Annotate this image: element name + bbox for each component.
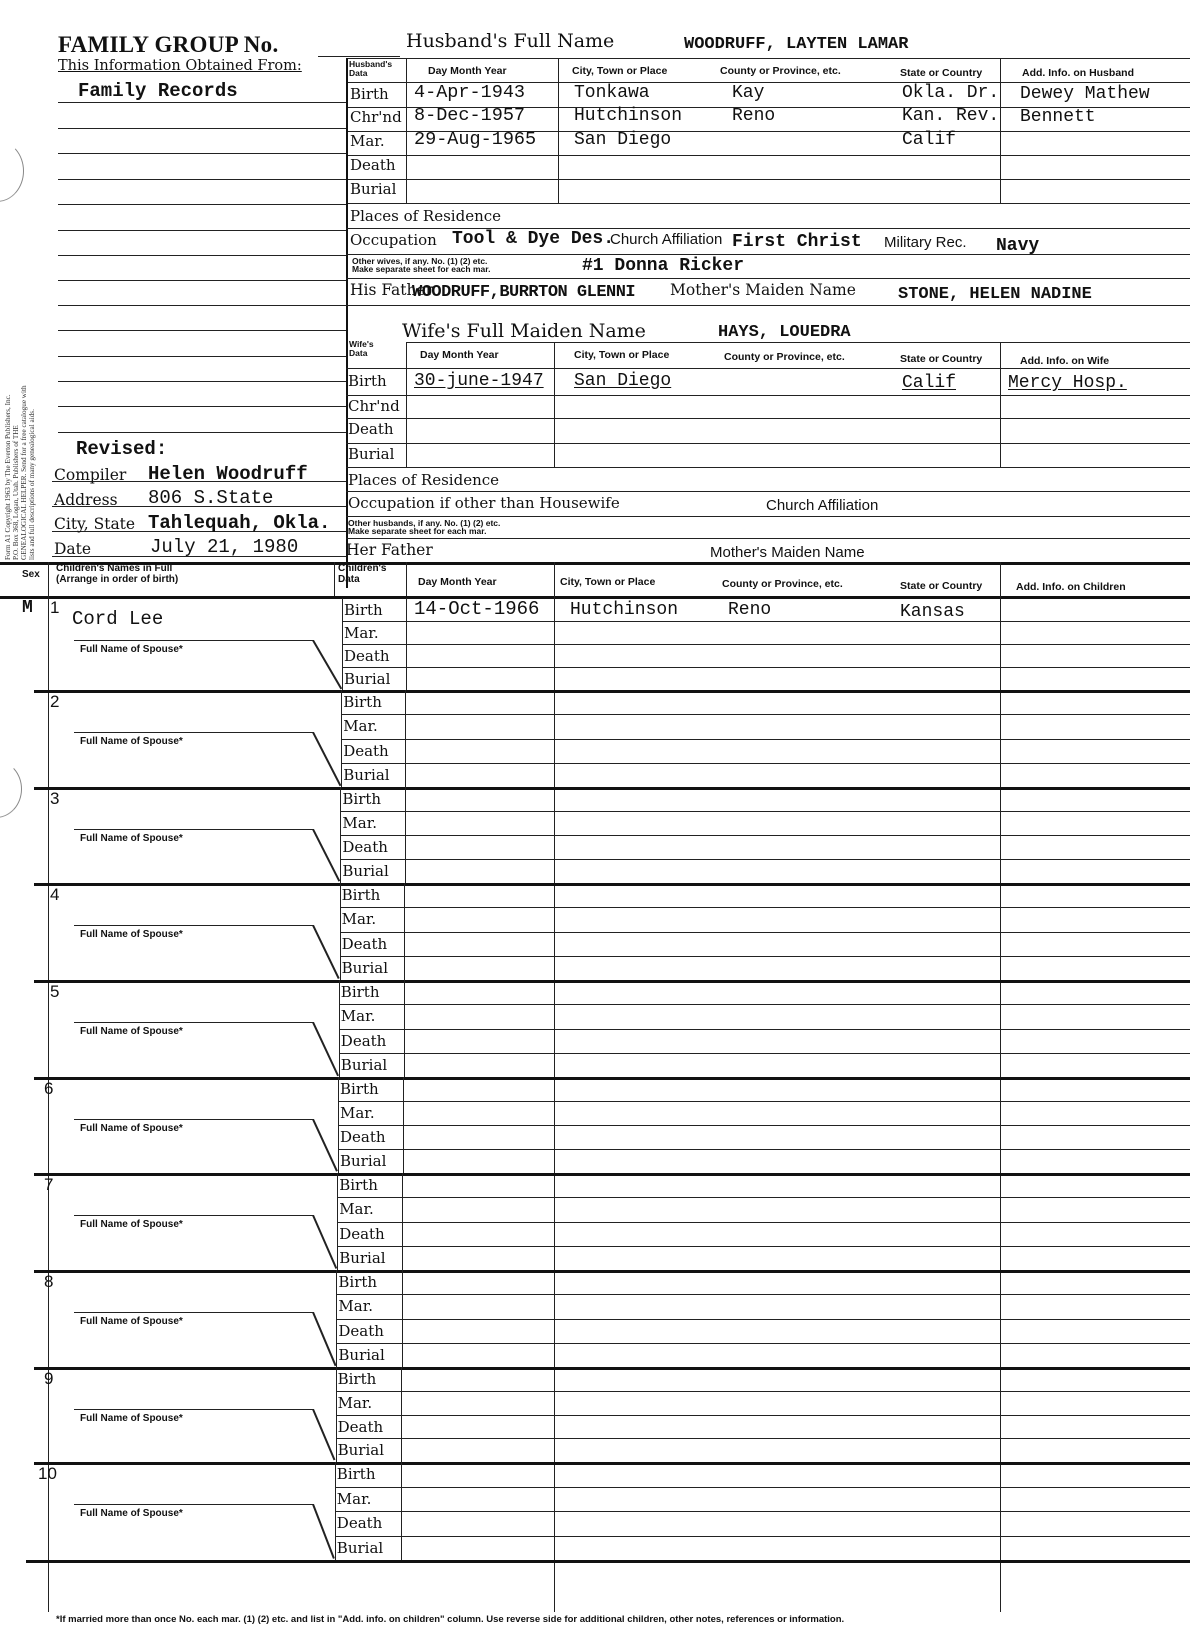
- his-mother-label: Mother's Maiden Name: [670, 281, 856, 299]
- wife-data-header: Wife's Data: [349, 340, 389, 357]
- family-group-number-field[interactable]: [318, 56, 400, 57]
- child-death-label: Death: [342, 838, 388, 856]
- rule-line: [341, 739, 1190, 740]
- wife-col-header-county: County or Province, etc.: [724, 351, 845, 363]
- rule-line: [339, 1004, 1190, 1005]
- husband-occupation-label: Occupation: [350, 231, 437, 249]
- children-data-header-2: Data: [338, 574, 360, 585]
- spouse-connector: [313, 925, 340, 979]
- wife-chrnd-label: Chr'nd: [348, 397, 400, 415]
- child-number: 1: [50, 598, 59, 618]
- rule-line: [346, 467, 1190, 468]
- punch-hole-bottom: [0, 760, 22, 818]
- rule-line: [74, 925, 314, 926]
- child-mar-label: Mar.: [337, 1490, 372, 1508]
- husband-event-city[interactable]: Hutchinson: [574, 106, 682, 126]
- spouse-name-label: Full Name of Spouse*: [80, 929, 183, 940]
- rule-line: [337, 1222, 1190, 1223]
- child-birth-label: Birth: [338, 1273, 377, 1291]
- other-wives-value[interactable]: #1 Donna Ricker: [582, 256, 744, 276]
- rule-line: [339, 1053, 1190, 1054]
- rule-line: [0, 596, 1190, 599]
- source-line-field[interactable]: [58, 204, 346, 205]
- child-name-value[interactable]: Cord Lee: [72, 608, 163, 630]
- child-burial-label: Burial: [341, 1056, 387, 1074]
- her-father-label: Her Father: [346, 541, 433, 559]
- children-col-header-state: State or Country: [900, 580, 982, 592]
- spouse-connector: [313, 1215, 338, 1269]
- spouse-name-label: Full Name of Spouse*: [80, 1026, 183, 1037]
- compiler-value[interactable]: Helen Woodruff: [148, 463, 308, 485]
- form-title: FAMILY GROUP No.: [58, 32, 279, 58]
- rule-line: [342, 667, 1190, 668]
- spouse-name-label: Full Name of Spouse*: [80, 833, 183, 844]
- punch-hole-top: [0, 140, 24, 202]
- children-col-header-date: Day Month Year: [418, 576, 497, 588]
- wife-residence-label: Places of Residence: [348, 471, 499, 489]
- rule-line: [26, 1560, 1190, 1563]
- rule-line: [340, 811, 1190, 812]
- wife-col-header-add-info: Add. Info. on Wife: [1020, 355, 1109, 367]
- his-father-value[interactable]: WOODRUFF,BURRTON GLENNI: [412, 283, 635, 302]
- her-mother-label: Mother's Maiden Name: [710, 544, 865, 561]
- spouse-connector: [313, 1409, 336, 1461]
- rule-line: [406, 342, 1190, 343]
- husband-event-date[interactable]: 29-Aug-1965: [414, 129, 536, 150]
- source-line-field[interactable]: [58, 381, 346, 382]
- spouse-name-label: Full Name of Spouse*: [80, 736, 183, 747]
- revised-label: Revised:: [76, 438, 167, 460]
- husband-church-value[interactable]: First Christ: [732, 232, 862, 252]
- husband-name-label: Husband's Full Name: [406, 30, 614, 52]
- child-birth-label: Birth: [340, 1080, 379, 1098]
- wife-church-label: Church Affiliation: [766, 497, 878, 514]
- husband-event-state[interactable]: Calif: [902, 130, 956, 150]
- rule-line: [346, 305, 1190, 306]
- child-death-label: Death: [340, 1128, 386, 1146]
- rule-line: [341, 763, 1190, 764]
- rule-line: [338, 1101, 1190, 1102]
- husband-residence-label: Places of Residence: [350, 207, 501, 225]
- wife-event-date[interactable]: 30-june-1947: [414, 371, 544, 391]
- child-event-date[interactable]: 14-Oct-1966: [414, 598, 539, 620]
- source-line-field[interactable]: [58, 230, 346, 231]
- source-line-field[interactable]: [58, 305, 346, 306]
- column-divider: [406, 562, 407, 596]
- husband-name-value[interactable]: WOODRUFF, LAYTEN LAMAR: [684, 35, 908, 54]
- child-death-label: Death: [341, 1032, 387, 1050]
- address-label: Address: [54, 491, 118, 509]
- column-divider: [558, 58, 559, 203]
- copyright-notice: Form A1 Copyright 1963 by The Everton Pu…: [4, 385, 36, 560]
- child-number: 5: [50, 982, 59, 1002]
- rule-line: [341, 714, 1190, 715]
- source-line-field[interactable]: [58, 356, 346, 357]
- rule-line: [346, 254, 1190, 255]
- child-mar-label: Mar.: [338, 1394, 373, 1412]
- rule-line: [340, 907, 1190, 908]
- rule-line: [335, 1487, 1190, 1488]
- rule-line: [346, 155, 1190, 156]
- rule-line: [34, 1462, 1190, 1465]
- wife-occupation-label: Occupation if other than Housewife: [348, 494, 620, 512]
- child-burial-label: Burial: [338, 1441, 384, 1459]
- rule-line: [34, 1173, 1190, 1176]
- children-sex-header: Sex: [22, 569, 40, 580]
- husband-death-label: Death: [350, 156, 396, 174]
- rule-line: [34, 1367, 1190, 1370]
- source-line-field[interactable]: [58, 179, 346, 180]
- spouse-name-label: Full Name of Spouse*: [80, 1219, 183, 1230]
- spouse-name-label: Full Name of Spouse*: [80, 1123, 183, 1134]
- rule-line: [346, 368, 1190, 369]
- child-death-label: Death: [338, 1418, 384, 1436]
- spouse-name-label: Full Name of Spouse*: [80, 644, 183, 655]
- wife-col-header-state: State or Country: [900, 353, 982, 365]
- child-burial-label: Burial: [344, 670, 390, 688]
- rule-line: [340, 932, 1190, 933]
- column-divider: [554, 342, 555, 467]
- rule-line: [337, 1197, 1190, 1198]
- rule-line: [346, 203, 1190, 204]
- rule-line: [346, 443, 1190, 444]
- other-husbands-label-2: Make separate sheet for each mar.: [348, 527, 486, 536]
- wife-event-state[interactable]: Calif: [902, 373, 956, 393]
- husband-birth-label: Birth: [350, 85, 389, 103]
- husband-military-label: Military Rec.: [884, 234, 967, 251]
- rule-line: [346, 179, 1190, 180]
- spouse-name-label: Full Name of Spouse*: [80, 1508, 183, 1519]
- col-header-city: City, Town or Place: [572, 65, 667, 77]
- rule-line: [34, 1077, 1190, 1080]
- rule-line: [336, 1319, 1190, 1320]
- child-death-label: Death: [342, 935, 388, 953]
- child-mar-label: Mar.: [339, 1200, 374, 1218]
- rule-line: [34, 690, 1190, 693]
- child-number: 3: [50, 789, 59, 809]
- col-header-county: County or Province, etc.: [720, 65, 841, 77]
- address-value[interactable]: 806 S.State: [148, 487, 273, 509]
- rule-line: [74, 1409, 314, 1410]
- child-birth-label: Birth: [341, 983, 380, 1001]
- rule-line: [34, 1270, 1190, 1273]
- rule-line: [340, 835, 1190, 836]
- spouse-name-label: Full Name of Spouse*: [80, 1316, 183, 1327]
- column-divider: [1000, 58, 1001, 203]
- rule-line: [346, 395, 1190, 396]
- spouse-connector: [313, 732, 342, 786]
- child-number: 8: [44, 1272, 53, 1292]
- husband-data-header: Husband's Data: [349, 60, 405, 77]
- rule-line: [340, 956, 1190, 957]
- rule-line: [74, 1215, 314, 1216]
- rule-line: [0, 562, 346, 565]
- rule-line: [338, 1149, 1190, 1150]
- children-names-header-1: Children's Names in Full: [56, 563, 172, 574]
- child-mar-label: Mar.: [342, 910, 377, 928]
- rule-line: [74, 829, 314, 830]
- children-col-header-add-info: Add. Info. on Children: [1016, 581, 1126, 593]
- child-death-label: Death: [344, 647, 390, 665]
- child-birth-label: Birth: [343, 693, 382, 711]
- child-mar-label: Mar.: [344, 624, 379, 642]
- source-label: This Information Obtained From:: [58, 58, 302, 74]
- rule-line: [336, 1294, 1190, 1295]
- spouse-connector: [313, 1022, 339, 1076]
- column-divider: [1000, 342, 1001, 467]
- rule-line: [346, 516, 1190, 517]
- husband-event-date[interactable]: 4-Apr-1943: [414, 82, 525, 103]
- husband-event-date[interactable]: 8-Dec-1957: [414, 105, 525, 126]
- source-line-field[interactable]: [58, 432, 346, 433]
- child-number: 6: [44, 1079, 53, 1099]
- husband-military-value[interactable]: Navy: [996, 236, 1039, 256]
- source-line-field[interactable]: [58, 280, 346, 281]
- column-divider: [334, 562, 335, 596]
- child-burial-label: Burial: [342, 862, 388, 880]
- source-line-field[interactable]: [58, 406, 346, 407]
- husband-church-label: Church Affiliation: [610, 231, 722, 248]
- husband-event-info[interactable]: Bennett: [1020, 107, 1096, 127]
- child-death-label: Death: [343, 742, 389, 760]
- column-divider: [406, 58, 407, 203]
- other-wives-label-2: Make separate sheet for each mar.: [352, 265, 490, 274]
- source-line-field[interactable]: [58, 153, 346, 154]
- rule-line: [346, 58, 1190, 59]
- rule-line: [335, 1511, 1190, 1512]
- wife-death-label: Death: [348, 420, 394, 438]
- spouse-connector: [313, 1119, 338, 1172]
- child-birth-label: Birth: [342, 790, 381, 808]
- child-number: 10: [38, 1464, 57, 1484]
- husband-event-state[interactable]: Okla. Dr.: [902, 83, 999, 103]
- wife-burial-label: Burial: [348, 445, 394, 463]
- wife-name-value[interactable]: HAYS, LOUEDRA: [718, 323, 851, 342]
- child-birth-label: Birth: [337, 1465, 376, 1483]
- rule-line: [336, 1415, 1190, 1416]
- rule-line: [342, 621, 1190, 622]
- husband-mar-label: Mar.: [350, 132, 385, 150]
- col-header-state: State or Country: [900, 67, 982, 79]
- column-divider: [1000, 562, 1001, 1612]
- child-burial-label: Burial: [340, 1152, 386, 1170]
- child-event-county[interactable]: Reno: [728, 600, 771, 620]
- footnote: *If married more than once No. each mar.…: [56, 1614, 844, 1625]
- wife-col-header-date: Day Month Year: [420, 349, 499, 361]
- rule-line: [34, 980, 1190, 983]
- rule-line: [74, 1504, 314, 1505]
- children-col-header-county: County or Province, etc.: [722, 578, 843, 590]
- husband-event-county[interactable]: Reno: [732, 106, 775, 126]
- spouse-connector: [313, 1312, 337, 1366]
- rule-line: [74, 1312, 314, 1313]
- child-burial-label: Burial: [343, 766, 389, 784]
- child-death-label: Death: [338, 1322, 384, 1340]
- spouse-connector: [313, 1504, 335, 1559]
- child-mar-label: Mar.: [338, 1297, 373, 1315]
- children-names-header-2: (Arrange in order of birth): [56, 574, 178, 585]
- child-birth-label: Birth: [338, 1370, 377, 1388]
- child-mar-label: Mar.: [341, 1007, 376, 1025]
- column-divider: [406, 342, 407, 467]
- husband-event-city[interactable]: San Diego: [574, 130, 671, 150]
- child-burial-label: Burial: [339, 1249, 385, 1267]
- rule-line: [340, 859, 1190, 860]
- col-header-add-info-husband: Add. Info. on Husband: [1022, 67, 1134, 79]
- child-mar-label: Mar.: [340, 1104, 375, 1122]
- rule-line: [339, 1029, 1190, 1030]
- rule-line: [74, 640, 314, 641]
- child-mar-label: Mar.: [343, 717, 378, 735]
- rule-line: [346, 278, 1190, 279]
- source-line-field[interactable]: [58, 330, 346, 331]
- rule-line: [342, 644, 1190, 645]
- rule-line: [34, 787, 1190, 790]
- rule-line: [346, 538, 1190, 539]
- rule-line: [74, 732, 314, 733]
- wife-name-label: Wife's Full Maiden Name: [402, 320, 646, 342]
- source-line-field[interactable]: [58, 128, 346, 129]
- rule-line: [336, 1343, 1190, 1344]
- rule-line: [346, 491, 1190, 492]
- city-state-value[interactable]: Tahlequah, Okla.: [148, 512, 330, 534]
- wife-event-city[interactable]: San Diego: [574, 371, 671, 391]
- rule-line: [337, 1246, 1190, 1247]
- husband-chrnd-label: Chr'nd: [350, 108, 402, 126]
- child-birth-label: Birth: [344, 601, 383, 619]
- child-death-label: Death: [339, 1225, 385, 1243]
- column-divider: [554, 562, 555, 1612]
- source-line-1[interactable]: Family Records: [78, 80, 238, 102]
- spouse-connector: [313, 829, 341, 882]
- rule-line: [338, 1125, 1190, 1126]
- source-line-field[interactable]: [58, 102, 346, 103]
- child-event-state[interactable]: Kansas: [900, 602, 965, 622]
- child-birth-label: Birth: [342, 886, 381, 904]
- spouse-connector: [313, 640, 342, 689]
- child-birth-label: Birth: [339, 1176, 378, 1194]
- rule-line: [34, 883, 1190, 886]
- rule-line: [346, 562, 1190, 565]
- date-label: Date: [54, 540, 91, 558]
- his-mother-value[interactable]: STONE, HELEN NADINE: [898, 285, 1092, 304]
- source-line-field[interactable]: [58, 255, 346, 256]
- husband-event-city[interactable]: Tonkawa: [574, 83, 650, 103]
- rule-line: [74, 1022, 314, 1023]
- wife-birth-label: Birth: [348, 372, 387, 390]
- child-event-city[interactable]: Hutchinson: [570, 600, 678, 620]
- child-number: 2: [50, 692, 59, 712]
- city-state-label: City, State: [54, 515, 135, 533]
- date-value[interactable]: July 21, 1980: [150, 536, 298, 558]
- spouse-name-label: Full Name of Spouse*: [80, 1413, 183, 1424]
- child-number: 9: [44, 1369, 53, 1389]
- child-burial-label: Burial: [337, 1539, 383, 1557]
- child-mar-label: Mar.: [342, 814, 377, 832]
- wife-event-info[interactable]: Mercy Hosp.: [1008, 373, 1127, 393]
- child-number: 7: [44, 1175, 53, 1195]
- child-death-label: Death: [337, 1514, 383, 1532]
- child-sex[interactable]: M: [22, 598, 33, 618]
- husband-event-state[interactable]: Kan. Rev.: [902, 106, 999, 126]
- husband-occupation-value[interactable]: Tool & Dye Des.: [452, 229, 614, 249]
- child-burial-label: Burial: [338, 1346, 384, 1364]
- rule-line: [336, 1391, 1190, 1392]
- children-data-header-1: Children's: [338, 563, 387, 574]
- child-number: 4: [50, 885, 59, 905]
- husband-event-info[interactable]: Dewey Mathew: [1020, 84, 1150, 104]
- wife-col-header-city: City, Town or Place: [574, 349, 669, 361]
- children-col-header-city: City, Town or Place: [560, 576, 655, 588]
- husband-event-county[interactable]: Kay: [732, 83, 764, 103]
- col-header-date: Day Month Year: [428, 65, 507, 77]
- rule-line: [74, 1119, 314, 1120]
- rule-line: [346, 418, 1190, 419]
- child-burial-label: Burial: [342, 959, 388, 977]
- rule-line: [335, 1536, 1190, 1537]
- rule-line: [336, 1438, 1190, 1439]
- compiler-label: Compiler: [54, 466, 126, 484]
- husband-burial-label: Burial: [350, 180, 396, 198]
